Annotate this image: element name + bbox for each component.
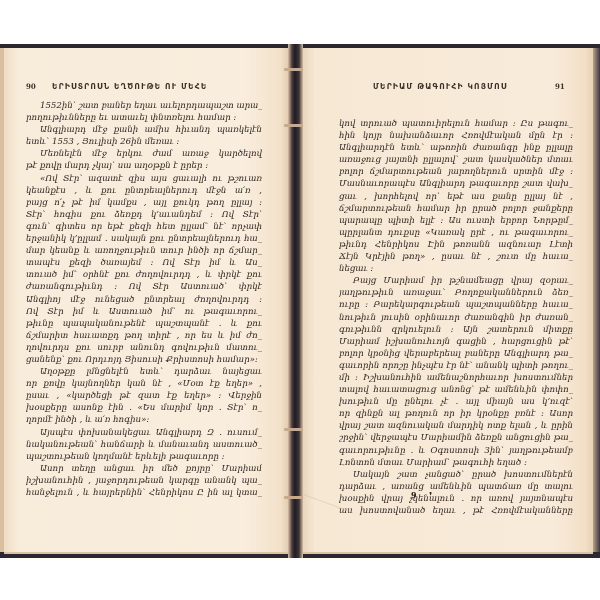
right-page-edge: [593, 48, 600, 552]
text-line: ղորմէ ինծի , և ա՛ռ հոգիս»:: [26, 414, 262, 426]
text-line: Ճէյն Կրէյին թող» , ըսաւ նէ , շուտ մը հաւ…: [339, 251, 573, 263]
text-line: «Ով Տէր՝ ազատէ զիս այս ցաւալի ու թշուառ: [26, 173, 262, 185]
printer-signature-mark: 9 ❜: [411, 490, 442, 500]
text-line: աս խոստովանած եղաւ , թէ Հռովմէականները: [339, 505, 573, 517]
text-line: մար կեանք և առողջութիւն տուր ինծի որ ճշմ…: [26, 245, 262, 257]
left-running-head: ԵՐԻՍՏՐՈՍՆ ԵՂԾՈՒԹԵ ՈՒ ՄԵՀԵ: [52, 82, 208, 91]
text-line: ըսաւ , «կարծեցի թէ զատ էք եղեր» : Վերջին: [26, 390, 262, 402]
text-line: մի : Իշխանուհին ամենաշնորհաւոր խոստումնե…: [339, 372, 573, 384]
text-line: տապէս քեզի ծառայեմ : Ով Տէր իմ և Աս_: [26, 257, 262, 269]
text-line: խութիւն մը ընելու չէ . այլ միայն աս կ՚ու…: [339, 396, 573, 408]
text-line: առաջուց յայտնի ըլլալով՝ շատ կասկածներ մտ…: [339, 154, 573, 166]
text-line: գութիւնն զրկուելուն : Այն շատերուն միտքը: [339, 324, 573, 336]
text-line: խօսքերը ասոնք էին . «Ես մարիմ կոր . Տէր՝…: [26, 402, 262, 414]
text-line: Տէր՝ հոգիս քու ձեռքդ կ՚աւանդեմ : Ով Տէր՝: [26, 209, 262, 221]
text-line: որ քովը կայնողներ կան նէ , «Մօտ էք եղեր»…: [26, 378, 262, 390]
text-line: ժառանգութիւնդ : Ով Տէր Աստուած՝ փրկէ: [26, 281, 262, 293]
text-line: թիւնդ Հենրիկոս Էին թոռանն ազնուար Լէտի: [339, 239, 573, 251]
right-page-text: կով տրուած պատուիրելուն համար : Ըս թագու…: [339, 118, 573, 517]
text-line: վրայ շատ ազնուական մարդիկ ոտք ելան , և ը…: [339, 420, 573, 432]
right-running-head: ՄԵՐԻԱՄ ԹԱԳՈՒՀԻ ԿՈՅՄՈՍ: [373, 82, 508, 91]
text-line: Անգլիոյ մէջ ունեցած ընտրեալ ժողովուրդդ :: [26, 294, 262, 306]
text-line: ցանենք՝ քու Որդւոյդ Յիսուսի Քրիստոսի համ…: [26, 354, 262, 366]
text-line: Մարիամ իշխանուհւոյն գացին , հարցուցին թէ…: [339, 336, 573, 348]
text-line: ուրը : Բարեկարգութեան պաշտպանները հաւա_: [339, 299, 573, 311]
book-gutter: [288, 44, 303, 558]
text-line: տուած իմ՝ օրհնէ քու ժողովուրդդ , և փրկէ …: [26, 269, 262, 281]
text-line: Սակայն շատ չանցած՝ ըրած խոստումներէն: [339, 469, 573, 481]
text-line: ցաւ , խորհելով որ՝ եթէ աս քանը ըլլայ նէ …: [339, 191, 573, 203]
right-page-number: 91: [555, 82, 565, 91]
text-line: րողութիւնները եւ ատաւել փնտռելու համար :: [26, 112, 262, 124]
text-line: Մասնաւորապէս Անգլիարդ թագաւորը շատ վախ_: [339, 178, 573, 190]
text-line: որ զինքն ալ թողուն որ իր կրօնքը բռնէ : Ա…: [339, 408, 573, 420]
text-line: Ասոր տեղը անցաւ իր մեծ քոյրը՝ Մարիամ: [26, 463, 262, 475]
text-line: թիւնը պապականութենէ պաշտպանէ . և քու: [26, 318, 262, 330]
text-line: հին կոյր նախանձաւոր Հռովմէական մըն էր :: [339, 130, 573, 142]
text-line: Բայց Մարիամ իր թշնամեացը վրայ զօրաւ_: [339, 275, 573, 287]
text-line: Լոնտոն մտաւ Մարիամ՝ թագուհի եղած :: [339, 457, 573, 469]
text-line: թէ քովը մարդ չկայ՝ սա աղօթքն է ըրեր :: [26, 160, 262, 172]
left-page: 90 ԵՐԻՍՏՐՈՍՆ ԵՂԾՈՒԹԵ ՈՒ ՄԵՀԵ 1552ին՝ շատ…: [4, 48, 288, 554]
text-line: գաւորին որոշը ինչպէս էր նէ՝ անանկ պիտի թ…: [339, 360, 573, 372]
text-line: Այսպէս փոխանակեցաւ Անգլիարդ Զ . ուսում_: [26, 427, 262, 439]
text-line: 1552ին՝ շատ բաներ եղաւ աւելորդապաշտ արա_: [26, 100, 262, 112]
text-line: յաղթութիւն առաջաւ՝ Բողոքականներուն ձեռ_: [339, 287, 573, 299]
text-line: տալով հաւատացուց անոնց՝ թէ ամենևին փոփո_: [339, 384, 573, 396]
right-page: ՄԵՐԻԱՄ ԹԱԳՈՒՀԻ ԿՈՅՄՈՍ 91 կով տրուած պատո…: [303, 48, 593, 554]
text-line: պաշտութեան կողմանէ երևելի թագաւորը :: [26, 451, 262, 463]
text-line: Անգլիարդ մէջ քանի ամիս հիւանդ պառկելէն: [26, 124, 262, 136]
text-line: իշխանուհին , յաջորդութեան կարգը անանկ պա…: [26, 475, 262, 487]
text-line: ճշմարտութեան համար իր ըրած բոլոր ջանքերը: [339, 203, 573, 215]
text-line: Աղօթքը լմնցնելէն ետև՝ դարձաւ նայեցաւ: [26, 366, 262, 378]
text-line: շրջին՝ վերջապէս Մարիամին ձեռքն անցուցին …: [339, 432, 573, 444]
text-line: կեանքէս , և քու ընտրեալներուդ մէջն ա՛ռ ,: [26, 185, 262, 197]
text-line: հանջելուն , և հայրերնին՝ Հենրիկոս Ը ին ա…: [26, 487, 262, 499]
left-page-number: 90: [26, 82, 36, 91]
text-line: նեցաւ :: [339, 263, 573, 275]
signature-glyph: ❜: [429, 490, 432, 500]
text-line: Ով Տէր իմ և Աստուած իմ՝ ու թագաւորու_: [26, 306, 262, 318]
text-line: դարձաւ , առանց ամենևին պատճառ մը տալու: [339, 481, 573, 493]
text-line: բոլոր ճշմարտութեան յարողներուն սրտին մէջ…: [339, 166, 573, 178]
text-line: ետև՝ 1553 , Յուլիսի 26ին մեռաւ :: [26, 136, 262, 148]
text-line: պըրլանտ դուքսը «Կառակ ըրէ , ու թագաւորու…: [339, 227, 573, 239]
text-line: ղովուրդս քու սուրբ անունդ գովութիւն մատո…: [26, 342, 262, 354]
text-line: Մեռնելէն մէջ երկու ժամ առաջ կարծելով: [26, 148, 262, 160]
text-line: նականութեան՝ հանճարի և մանաւանդ աստուած_: [26, 439, 262, 451]
open-book: 90 ԵՐԻՍՏՐՈՍՆ ԵՂԾՈՒԹԵ ՈՒ ՄԵՀԵ 1552ին՝ շատ…: [0, 44, 600, 558]
text-line: ճշմարիտ հաւատքդ թող տիրէ , որ ես և իմ ժո…: [26, 330, 262, 342]
text-line: Անգլիարդէն ետև՝ աթոռին ժառանգը ինք ըլլալ…: [339, 142, 573, 154]
text-line: պարապը պիտի ելլէ : Աս ուստի երբոր Նորթըմ…: [339, 215, 573, 227]
text-line: երջանիկ կ՚ըլլամ . սակայն քու ընտրեալներո…: [26, 233, 262, 245]
text-line: բայց ո՛չ թէ իմ կամքս , այլ քուկդ թող ըլլ…: [26, 197, 262, 209]
text-line: գուն՝ գիտես որ եթէ քեզի հետ ըլլամ՝ նէ՝ ո…: [26, 221, 262, 233]
text-line: բոլոր կրօնից վերաբերեալ բաները Անգլիարդ …: [339, 348, 573, 360]
left-page-text: 1552ին՝ շատ բաներ եղաւ աւելորդապաշտ արա_…: [26, 100, 262, 499]
text-line: կով տրուած պատուիրելուն համար : Ըս թագու…: [339, 118, 573, 130]
text-line: գաւորութիւնը . և Օգոստոսի 3ին՝ յաղթութեա…: [339, 445, 573, 457]
text-line: խօսքին վրայ չկենալուն . որ առով յայտնապէ…: [339, 493, 573, 505]
signature-number: 9: [411, 490, 417, 500]
text-line: նութիւն յուսին օրինաւոր ժառանգին իր ժառա…: [339, 312, 573, 324]
